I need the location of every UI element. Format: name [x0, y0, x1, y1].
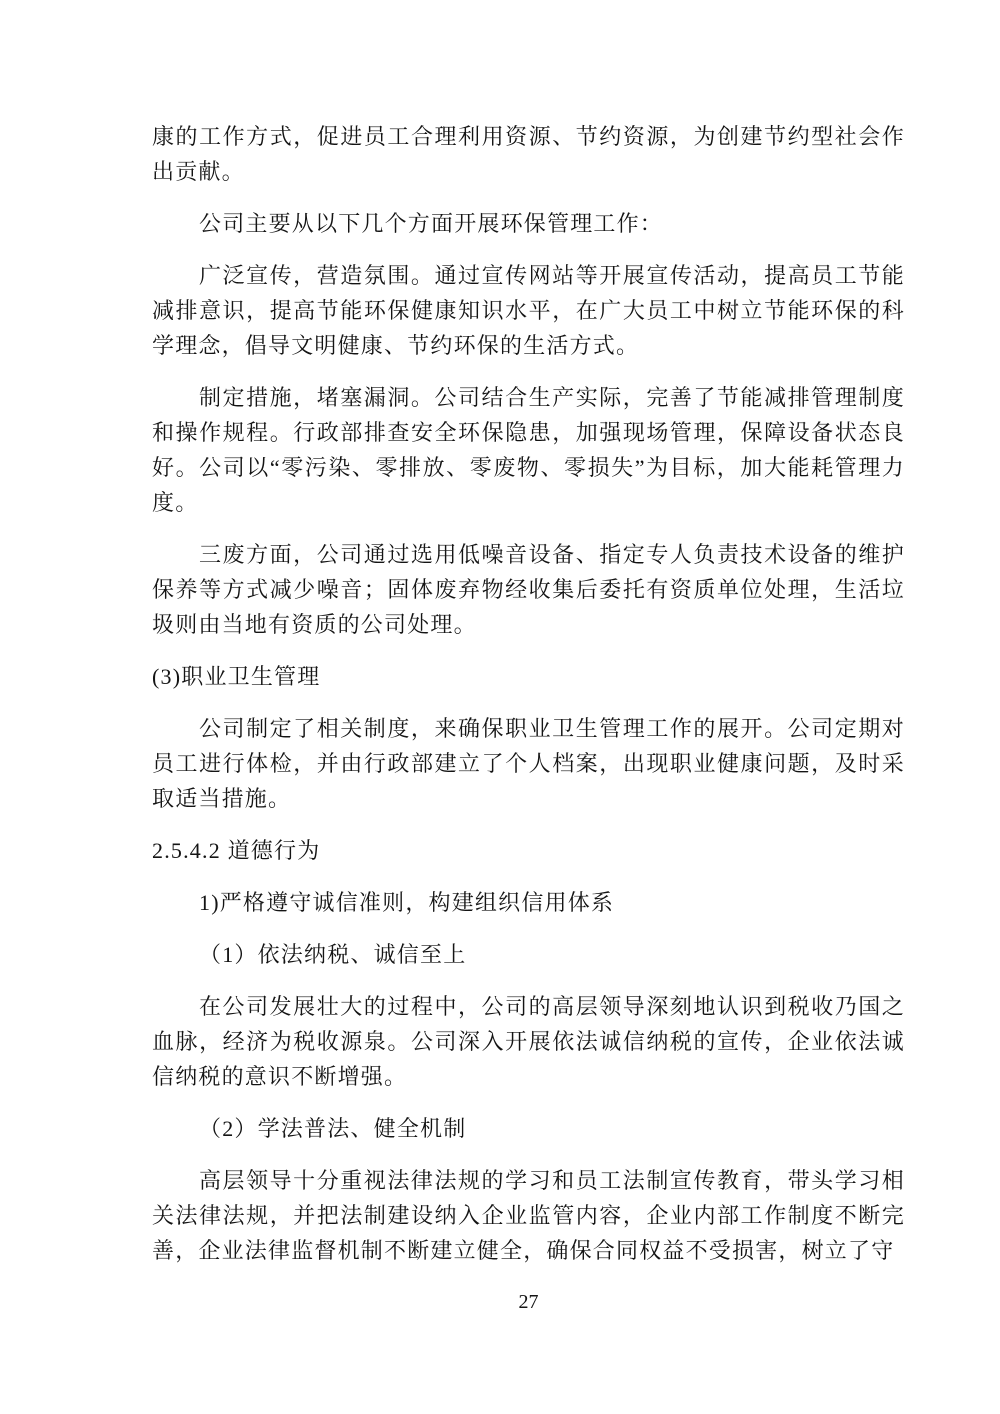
list-item-integrity: 1)严格遵守诚信准则，构建组织信用体系: [152, 885, 905, 920]
paragraph: 高层领导十分重视法律法规的学习和员工法制宣传教育，带头学习相关法律法规，并把法制…: [152, 1163, 905, 1268]
paragraph: 公司主要从以下几个方面开展环保管理工作：: [152, 206, 905, 241]
document-page: 康的工作方式，促进员工合理利用资源、节约资源，为创建节约型社会作出贡献。 公司主…: [0, 0, 1000, 1414]
list-item-legal-mechanism: （2）学法普法、健全机制: [152, 1111, 905, 1146]
paragraph: 公司制定了相关制度，来确保职业卫生管理工作的展开。公司定期对员工进行体检，并由行…: [152, 711, 905, 816]
list-item-tax-law: （1）依法纳税、诚信至上: [152, 937, 905, 972]
section-heading-moral-conduct: 2.5.4.2 道德行为: [152, 833, 905, 868]
paragraph: 制定措施，堵塞漏洞。公司结合生产实际，完善了节能减排管理制度和操作规程。行政部排…: [152, 380, 905, 520]
document-body: 康的工作方式，促进员工合理利用资源、节约资源，为创建节约型社会作出贡献。 公司主…: [152, 119, 905, 1285]
sub-heading-occupational-health: (3)职业卫生管理: [152, 659, 905, 694]
page-number: 27: [152, 1290, 905, 1314]
paragraph: 在公司发展壮大的过程中，公司的高层领导深刻地认识到税收乃国之血脉，经济为税收源泉…: [152, 989, 905, 1094]
paragraph-continued: 康的工作方式，促进员工合理利用资源、节约资源，为创建节约型社会作出贡献。: [152, 119, 905, 189]
paragraph: 三废方面，公司通过选用低噪音设备、指定专人负责技术设备的维护保养等方式减少噪音；…: [152, 537, 905, 642]
paragraph: 广泛宣传，营造氛围。通过宣传网站等开展宣传活动，提高员工节能减排意识，提高节能环…: [152, 258, 905, 363]
